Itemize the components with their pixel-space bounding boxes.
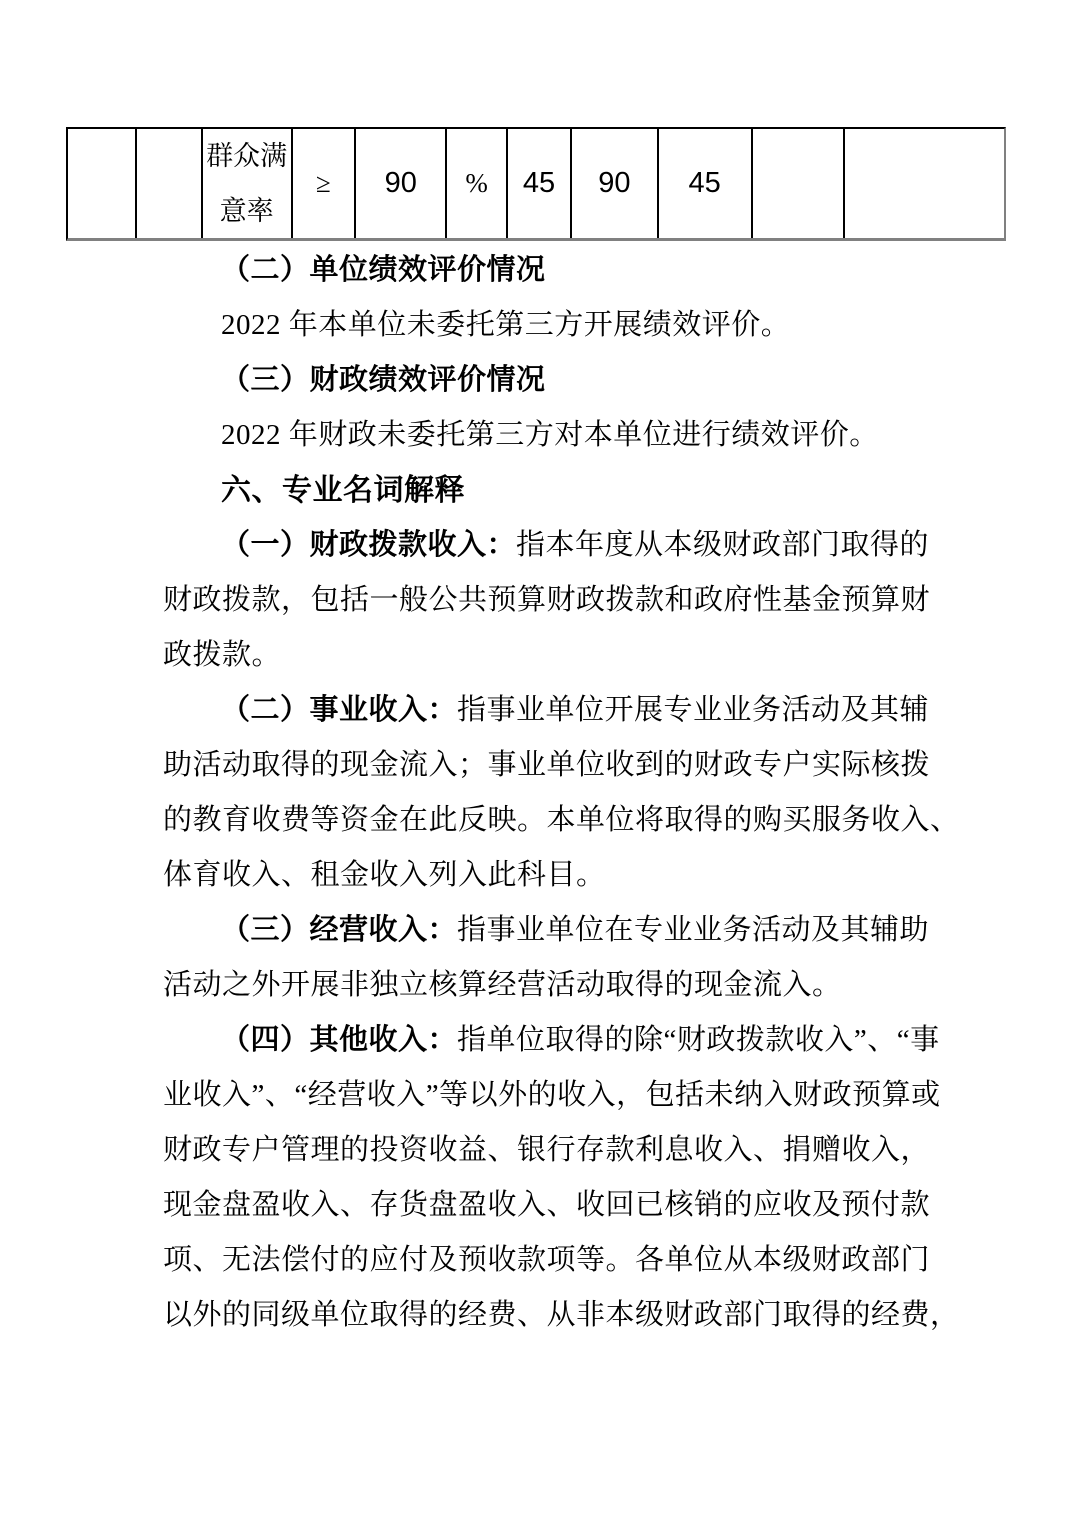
sub-heading: （三）财政绩效评价情况 — [163, 353, 963, 408]
table-cell-score: 45 — [659, 129, 753, 238]
table-cell-text: 45 — [659, 156, 751, 211]
document-line: 现金盘盈收入、存货盘盈收入、收回已核销的应收及预付款 — [163, 1178, 963, 1233]
table-cell-unit: % — [447, 129, 508, 238]
document-line: 项、无法偿付的应付及预收款项等。各单位从本级财政部门 — [163, 1233, 963, 1288]
table-cell-actual-value: 90 — [572, 129, 659, 238]
line-text: 政拨款。 — [163, 639, 281, 671]
line-text: 指本年度从本级财政部门取得的 — [516, 529, 929, 561]
lead-in-bold-text: （二）单位绩效评价情况 — [221, 254, 546, 286]
line-text: 项、无法偿付的应付及预收款项等。各单位从本级财政部门 — [163, 1244, 930, 1276]
line-text: 活动之外开展非独立核算经营活动取得的现金流入。 — [163, 969, 842, 1001]
line-text: 的教育收费等资金在此反映。本单位将取得的购买服务收入、 — [163, 804, 960, 836]
table-cell-target-value: 90 — [356, 129, 447, 238]
lead-in-bold-text: （二）事业收入： — [221, 694, 457, 726]
document-line: 政拨款。 — [163, 628, 963, 683]
line-text: 财政拨款，包括一般公共预算财政拨款和政府性基金预算财 — [163, 584, 930, 616]
line-text: 体育收入、租金收入列入此科目。 — [163, 859, 606, 891]
performance-indicator-table: 群众满意率≥90%459045 — [66, 127, 1006, 241]
document-line: （四）其他收入：指单位取得的除“财政拨款收入”、“事 — [163, 1013, 963, 1068]
table-cell-text: ≥ — [293, 156, 355, 211]
table-cell-col-blank-4 — [845, 129, 1004, 238]
document-line: 活动之外开展非独立核算经营活动取得的现金流入。 — [163, 958, 963, 1013]
table-cell-comparator: ≥ — [293, 129, 357, 238]
document-page: 群众满意率≥90%459045 （二）单位绩效评价情况2022 年本单位未委托第… — [0, 0, 1074, 1520]
line-text: 指单位取得的除“财政拨款收入”、“事 — [457, 1024, 940, 1056]
lead-in-bold-text: （三）财政绩效评价情况 — [221, 364, 546, 396]
sub-heading: （二）单位绩效评价情况 — [163, 243, 963, 298]
table-cell-text: 45 — [508, 156, 570, 211]
document-line: 的教育收费等资金在此反映。本单位将取得的购买服务收入、 — [163, 793, 963, 848]
line-text: 助活动取得的现金流入；事业单位收到的财政专户实际核拨 — [163, 749, 930, 781]
lead-in-bold-text: （四）其他收入： — [221, 1024, 457, 1056]
document-line: 财政专户管理的投资收益、银行存款利息收入、捐赠收入， — [163, 1123, 963, 1178]
section-heading: 六、专业名词解释 — [163, 463, 963, 518]
document-line: 以外的同级单位取得的经费、从非本级财政部门取得的经费， — [163, 1288, 963, 1343]
line-text: 2022 年本单位未委托第三方开展绩效评价。 — [221, 309, 790, 341]
line-text: 财政专户管理的投资收益、银行存款利息收入、捐赠收入， — [163, 1134, 930, 1166]
line-text: 以外的同级单位取得的经费、从非本级财政部门取得的经费， — [163, 1299, 960, 1331]
document-line: （二）事业收入：指事业单位开展专业业务活动及其辅 — [163, 683, 963, 738]
table-cell-indicator-name: 群众满意率 — [203, 129, 293, 238]
line-text: 2022 年财政未委托第三方对本单位进行绩效评价。 — [221, 419, 879, 451]
lead-in-bold-text: （一）财政拨款收入： — [221, 529, 516, 561]
line-text: 指事业单位开展专业业务活动及其辅 — [457, 694, 929, 726]
line-text: 业收入”、“经营收入”等以外的收入，包括未纳入财政预算或 — [163, 1079, 941, 1111]
document-text-block: （二）单位绩效评价情况2022 年本单位未委托第三方开展绩效评价。（三）财政绩效… — [163, 243, 963, 1343]
table-cell-text: 90 — [356, 156, 445, 211]
document-line: 2022 年本单位未委托第三方开展绩效评价。 — [163, 298, 963, 353]
table-cell-text: 群众满意率 — [203, 129, 291, 238]
line-text: 现金盘盈收入、存货盘盈收入、收回已核销的应收及预付款 — [163, 1189, 930, 1221]
line-text: 指事业单位在专业业务活动及其辅助 — [457, 914, 929, 946]
table-cell-col-blank-2 — [137, 129, 203, 238]
table-cell-weight: 45 — [508, 129, 572, 238]
lead-in-bold-text: 六、专业名词解释 — [221, 474, 465, 507]
document-line: 业收入”、“经营收入”等以外的收入，包括未纳入财政预算或 — [163, 1068, 963, 1123]
table-cell-text: % — [447, 156, 506, 211]
document-line: 2022 年财政未委托第三方对本单位进行绩效评价。 — [163, 408, 963, 463]
table-cell-text: 90 — [572, 156, 657, 211]
document-line: （三）经营收入：指事业单位在专业业务活动及其辅助 — [163, 903, 963, 958]
document-line: （一）财政拨款收入：指本年度从本级财政部门取得的 — [163, 518, 963, 573]
document-line: 财政拨款，包括一般公共预算财政拨款和政府性基金预算财 — [163, 573, 963, 628]
table-cell-col-blank-3 — [753, 129, 846, 238]
document-line: 体育收入、租金收入列入此科目。 — [163, 848, 963, 903]
lead-in-bold-text: （三）经营收入： — [221, 914, 457, 946]
document-line: 助活动取得的现金流入；事业单位收到的财政专户实际核拨 — [163, 738, 963, 793]
table-cell-col-blank-1 — [68, 129, 137, 238]
